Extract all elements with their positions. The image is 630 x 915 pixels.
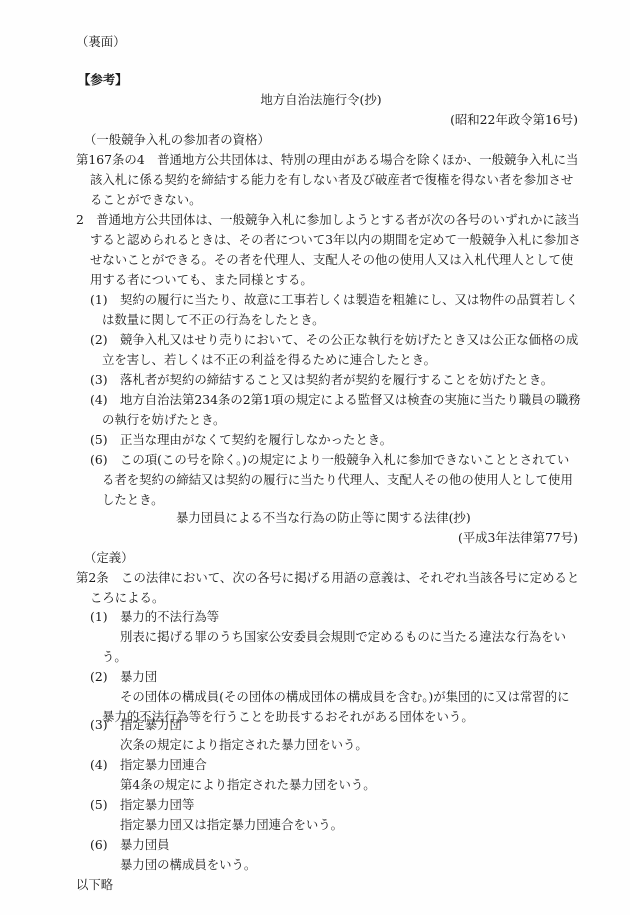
article-2-line: 第2条 この法律において、次の各号に掲げる用語の意義は、それぞれ当該各号に定める… bbox=[76, 570, 579, 586]
item-number: (3) bbox=[90, 372, 108, 388]
law1-title: 地方自治法施行令(抄) bbox=[0, 92, 630, 108]
article-167-4-line: 該入札に係る契約を締結する能力を有しない者及び破産者で復権を得ない者を参加させ bbox=[90, 172, 573, 188]
item-definition: 指定暴力団又は指定暴力団連合をいう。 bbox=[120, 817, 343, 833]
paragraph-2-line: 2 普通地方公共団体は、一般競争入札に参加しようとする者が次の各号のいずれかに該… bbox=[76, 212, 580, 228]
item-text: 立を害し、若しくは不正の利益を得るために連合したとき。 bbox=[102, 352, 436, 368]
item-number: (3) bbox=[90, 717, 108, 733]
item-text: 地方自治法第234条の2第1項の規定による監督又は検査の実施に当たり職員の職務 bbox=[120, 392, 581, 408]
item-number: (6) bbox=[90, 837, 108, 853]
article-2-line: ころによる。 bbox=[90, 590, 164, 606]
item-number: (1) bbox=[90, 609, 108, 625]
item-term: 暴力的不法行為等 bbox=[120, 609, 219, 625]
law2-section-caption: （定義） bbox=[84, 550, 134, 566]
item-number: (2) bbox=[90, 332, 108, 348]
item-text: る者を契約の締結又は契約の履行に当たり代理人、支配人その他の使用人として使用 bbox=[102, 472, 573, 488]
article-167-4-line: ることができない。 bbox=[90, 192, 202, 208]
side-label: （裏面） bbox=[76, 34, 126, 50]
item-text: したとき。 bbox=[102, 492, 163, 508]
paragraph-2-line: せないことができる。その者を代理人、支配人その他の使用人又は入札代理人として使 bbox=[90, 252, 573, 268]
law1-section-caption: （一般競争入札の参加者の資格） bbox=[84, 132, 270, 148]
item-term: 暴力団員 bbox=[120, 837, 170, 853]
law1-reference: (昭和22年政令第16号) bbox=[450, 112, 578, 128]
item-definition: 第4条の規定により指定された暴力団をいう。 bbox=[120, 777, 376, 793]
item-number: (6) bbox=[90, 452, 108, 468]
item-number: (4) bbox=[90, 392, 108, 408]
item-number: (5) bbox=[90, 797, 108, 813]
paragraph-2-line: 用する者についても、また同様とする。 bbox=[90, 272, 313, 288]
item-number: (1) bbox=[90, 292, 108, 308]
item-text: 正当な理由がなくて契約を履行しなかったとき。 bbox=[120, 432, 392, 448]
item-text: の執行を妨げたとき。 bbox=[102, 412, 225, 428]
item-definition: 次条の規定により指定された暴力団をいう。 bbox=[120, 737, 368, 753]
item-term: 指定暴力団等 bbox=[120, 797, 194, 813]
item-number: (5) bbox=[90, 432, 108, 448]
item-definition: その団体の構成員(その団体の構成団体の構成員を含む。)が集団的に又は常習的に bbox=[120, 689, 570, 705]
article-167-4-line: 第167条の4 普通地方公共団体は、特別の理由がある場合を除くほか、一般競争入札… bbox=[76, 152, 578, 168]
closing-note: 以下略 bbox=[76, 877, 113, 893]
item-definition: 別表に掲げる罪のうち国家公安委員会規則で定めるものに当たる違法な行為をい bbox=[120, 629, 566, 645]
item-text: この項(この号を除く。)の規定により一般競争入札に参加できないこととされてい bbox=[120, 452, 569, 468]
item-number: (4) bbox=[90, 757, 108, 773]
law2-reference: (平成3年法律第77号) bbox=[458, 530, 578, 546]
item-term: 暴力団 bbox=[120, 669, 157, 685]
item-text: 競争入札又はせり売りにおいて、その公正な執行を妨げたとき又は公正な価格の成 bbox=[120, 332, 578, 348]
item-definition: 暴力団の構成員をいう。 bbox=[120, 857, 256, 873]
item-term: 指定暴力団 bbox=[120, 717, 182, 733]
item-definition: う。 bbox=[102, 649, 127, 665]
law2-title: 暴力団員による不当な行為の防止等に関する法律(抄) bbox=[176, 510, 471, 526]
item-term: 指定暴力団連合 bbox=[120, 757, 207, 773]
item-text: は数量に関して不正の行為をしたとき。 bbox=[102, 312, 325, 328]
item-text: 落札者が契約の締結すること又は契約者が契約を履行することを妨げたとき。 bbox=[120, 372, 553, 388]
item-text: 契約の履行に当たり、故意に工事若しくは製造を粗雑にし、又は物件の品質若しく bbox=[120, 292, 578, 308]
reference-heading: 【参考】 bbox=[78, 72, 128, 88]
item-number: (2) bbox=[90, 669, 108, 685]
paragraph-2-line: すると認められるときは、その者について3年以内の期間を定めて一般競争入札に参加さ bbox=[90, 232, 581, 248]
